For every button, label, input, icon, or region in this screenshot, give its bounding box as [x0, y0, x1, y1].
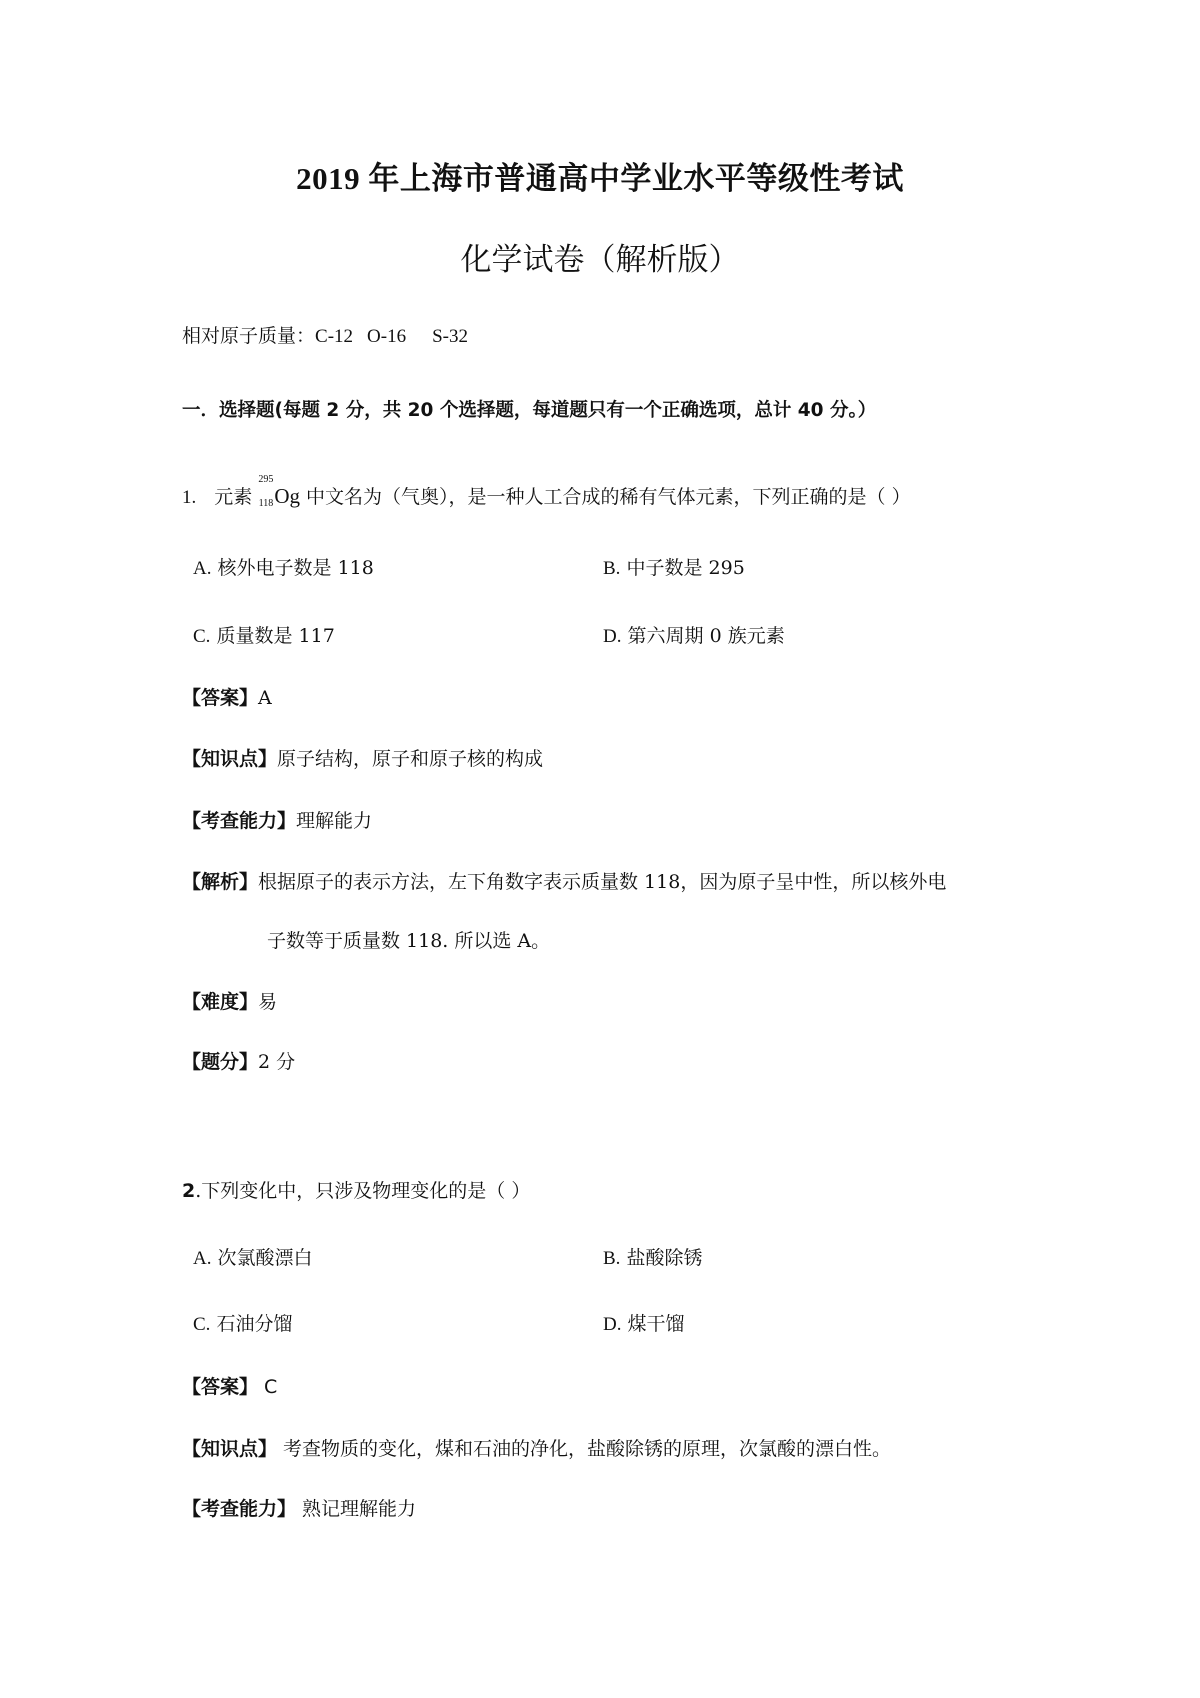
question-2-option-b: B. 盐酸除锈	[603, 1249, 703, 1268]
question-2-stem: 2.下列变化中，只涉及物理变化的是（ ）	[182, 1182, 530, 1201]
question-1-analysis-continued: 子数等于质量数 118. 所以选 A。	[267, 932, 550, 951]
question-1-answer: 【答案】A	[182, 689, 272, 708]
mass-sulfur: S-32	[432, 326, 468, 347]
stem-text: .下列变化中，只涉及物理变化的是（ ）	[195, 1180, 530, 1202]
knowledge-value: 原子结构，原子和原子核的构成	[277, 748, 543, 770]
ability-label: 【考查能力】	[182, 810, 296, 832]
option-key: D.	[603, 626, 621, 647]
stem-prefix: 元素	[214, 486, 252, 508]
section-heading: 一．选择题(每题 2 分，共 20 个选择题，每道题只有一个正确选项，总计 40…	[182, 402, 876, 421]
option-key: C.	[193, 1314, 210, 1335]
score-label: 【题分】	[182, 1051, 258, 1073]
option-key: B.	[603, 558, 620, 579]
knowledge-label: 【知识点】	[182, 748, 277, 770]
knowledge-label: 【知识点】	[182, 1438, 277, 1460]
option-key: B.	[603, 1248, 620, 1269]
question-2-knowledge: 【知识点】 考查物质的变化，煤和石油的净化，盐酸除锈的原理，次氯酸的漂白性。	[182, 1440, 891, 1459]
option-text: 核外电子数是 118	[218, 557, 374, 579]
difficulty-value: 易	[258, 991, 277, 1013]
document-subtitle: 化学试卷（解析版）	[0, 244, 1200, 275]
question-2-option-a: A. 次氯酸漂白	[193, 1249, 313, 1268]
option-text: 盐酸除锈	[626, 1247, 702, 1269]
question-2-option-d: D. 煤干馏	[603, 1315, 685, 1334]
option-text: 煤干馏	[628, 1313, 685, 1335]
option-text: 次氯酸漂白	[218, 1247, 313, 1269]
atomic-number: 118	[259, 499, 274, 509]
question-1-option-c: C. 质量数是 117	[193, 627, 335, 646]
option-key: C.	[193, 626, 210, 647]
stem-suffix: 中文名为（气奥），是一种人工合成的稀有气体元素，下列正确的是（ ）	[306, 486, 911, 508]
score-value: 2 分	[258, 1051, 295, 1073]
option-key: D.	[603, 1314, 621, 1335]
mass-carbon: C-12	[315, 326, 353, 347]
option-key: A.	[193, 1248, 211, 1269]
atomic-masses-label: 相对原子质量：	[182, 325, 315, 347]
question-1-score: 【题分】2 分	[182, 1053, 295, 1072]
question-1-option-b: B. 中子数是 295	[603, 559, 745, 578]
question-1-analysis: 【解析】根据原子的表示方法，左下角数字表示质量数 118，因为原子呈中性，所以核…	[182, 873, 946, 892]
option-key: A.	[193, 558, 211, 579]
answer-value: C	[258, 1376, 277, 1398]
isotope-notation: 295118	[252, 483, 274, 503]
question-1-ability: 【考查能力】理解能力	[182, 812, 372, 831]
question-2-option-c: C. 石油分馏	[193, 1315, 293, 1334]
question-1-stem: 1. 元素295118Og 中文名为（气奥），是一种人工合成的稀有气体元素，下列…	[182, 483, 911, 507]
element-symbol: Og	[274, 484, 300, 508]
document-title: 2019 年上海市普通高中学业水平等级性考试	[0, 163, 1200, 194]
question-1-knowledge: 【知识点】原子结构，原子和原子核的构成	[182, 750, 543, 769]
answer-label: 【答案】	[182, 687, 258, 709]
analysis-line-1: 根据原子的表示方法，左下角数字表示质量数 118，因为原子呈中性，所以核外电	[258, 871, 946, 893]
option-text: 第六周期 0 族元素	[628, 625, 785, 647]
mass-oxygen: O-16	[367, 326, 406, 347]
option-text: 质量数是 117	[216, 625, 334, 647]
ability-value: 理解能力	[296, 810, 372, 832]
analysis-label: 【解析】	[182, 871, 258, 893]
question-number: 1.	[182, 487, 196, 508]
mass-number: 295	[258, 475, 273, 485]
option-text: 中子数是 295	[626, 557, 744, 579]
question-2-ability: 【考查能力】 熟记理解能力	[182, 1500, 416, 1519]
difficulty-label: 【难度】	[182, 991, 258, 1013]
ability-value: 熟记理解能力	[296, 1498, 416, 1520]
question-2-answer: 【答案】 C	[182, 1378, 277, 1397]
question-1-option-d: D. 第六周期 0 族元素	[603, 627, 785, 646]
answer-value: A	[258, 687, 272, 709]
knowledge-value: 考查物质的变化，煤和石油的净化，盐酸除锈的原理，次氯酸的漂白性。	[277, 1438, 891, 1460]
atomic-masses: 相对原子质量：C-12O-16S-32	[182, 327, 468, 346]
answer-label: 【答案】	[182, 1376, 258, 1398]
question-1-option-a: A. 核外电子数是 118	[193, 559, 374, 578]
option-text: 石油分馏	[216, 1313, 292, 1335]
question-number: 2	[182, 1180, 195, 1202]
ability-label: 【考查能力】	[182, 1498, 296, 1520]
question-1-difficulty: 【难度】易	[182, 993, 277, 1012]
